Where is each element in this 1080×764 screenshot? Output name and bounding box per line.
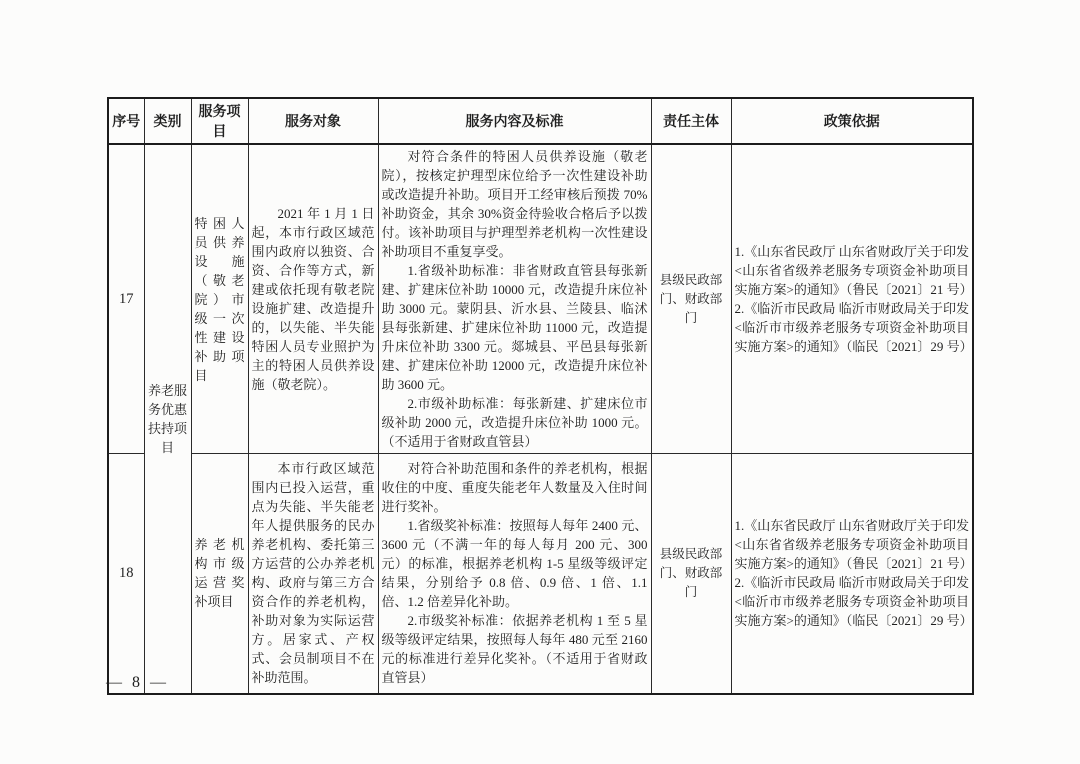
row17-content-paragraph: 2.市级补助标准：每张新建、扩建床位市级补助 2000 元，改造提升床位补助 1… <box>382 394 648 451</box>
row17-target: 2021 年 1 月 1 日起，本市行政区域范围内政府以独资、合资、合作等方式，… <box>248 144 378 454</box>
header-project: 服务项目 <box>191 98 248 144</box>
row18-content: 对符合补助范围和条件的养老机构，根据收住的中度、重度失能老年人数量及入住时间进行… <box>378 454 651 694</box>
row18-content-paragraph: 2.市级奖补标准：依据养老机构 1 至 5 星级等级评定结果，按照每人每年 48… <box>382 611 648 687</box>
row18-policy: 1.《山东省民政厅 山东省财政厅关于印发<山东省省级养老服务专项资金补助项目实施… <box>731 454 973 694</box>
row17-content-paragraph: 1.省级补助标准：非省财政直管县每张新建、扩建床位补助 10000 元，改造提升… <box>382 261 648 394</box>
row17-responsible: 县级民政部门、财政部门 <box>651 144 731 454</box>
row18-target-text: 本市行政区域范围内已投入运营，重点为失能、半失能老年人提供服务的民办养老机构、委… <box>252 459 375 687</box>
row17-seq: 17 <box>108 144 144 454</box>
row18-responsible: 县级民政部门、财政部门 <box>651 454 731 694</box>
row17-policy: 1.《山东省民政厅 山东省财政厅关于印发<山东省省级养老服务专项资金补助项目实施… <box>731 144 973 454</box>
row17-target-text: 2021 年 1 月 1 日起，本市行政区域范围内政府以独资、合资、合作等方式，… <box>252 204 375 394</box>
policy-table: 序号 类别 服务项目 服务对象 服务内容及标准 责任主体 政策依据 17 养老服… <box>107 97 974 695</box>
row17-content-paragraph: 对符合条件的特困人员供养设施（敬老院），按核定护理型床位给予一次性建设补助或改造… <box>382 147 648 261</box>
header-seq: 序号 <box>108 98 144 144</box>
header-target: 服务对象 <box>248 98 378 144</box>
row18-content-paragraph: 对符合补助范围和条件的养老机构，根据收住的中度、重度失能老年人数量及入住时间进行… <box>382 459 648 516</box>
table-row: 17 养老服务优惠扶持项目 特困人员供养设施（敬老院）市级一次性建设补助项目 2… <box>108 144 973 454</box>
row17-content: 对符合条件的特困人员供养设施（敬老院），按核定护理型床位给予一次性建设补助或改造… <box>378 144 651 454</box>
row17-policy-item: 1.《山东省民政厅 山东省财政厅关于印发<山东省省级养老服务专项资金补助项目实施… <box>735 242 970 299</box>
row17-project: 特困人员供养设施（敬老院）市级一次性建设补助项目 <box>191 144 248 454</box>
row18-content-paragraph: 1.省级奖补标准：按照每人每年 2400 元、3600 元（不满一年的每人每月 … <box>382 516 648 611</box>
row18-target: 本市行政区域范围内已投入运营，重点为失能、半失能老年人提供服务的民办养老机构、委… <box>248 454 378 694</box>
row18-policy-item: 1.《山东省民政厅 山东省财政厅关于印发<山东省省级养老服务专项资金补助项目实施… <box>735 516 970 573</box>
row18-seq: 18 <box>108 454 144 694</box>
category-merged-cell: 养老服务优惠扶持项目 <box>144 144 191 694</box>
header-responsible: 责任主体 <box>651 98 731 144</box>
header-category: 类别 <box>144 98 191 144</box>
row18-policy-item: 2.《临沂市民政局 临沂市财政局关于印发<临沂市市级养老服务专项资金补助项目实施… <box>735 573 970 630</box>
header-policy: 政策依据 <box>731 98 973 144</box>
table-row: 18 养老机构市级运营奖补项目 本市行政区域范围内已投入运营，重点为失能、半失能… <box>108 454 973 694</box>
row18-project: 养老机构市级运营奖补项目 <box>191 454 248 694</box>
page-number: — 8 — <box>106 674 169 692</box>
table-header-row: 序号 类别 服务项目 服务对象 服务内容及标准 责任主体 政策依据 <box>108 98 973 144</box>
row17-policy-item: 2.《临沂市民政局 临沂市财政局关于印发<临沂市市级养老服务专项资金补助项目实施… <box>735 299 970 356</box>
header-content: 服务内容及标准 <box>378 98 651 144</box>
document-page: 序号 类别 服务项目 服务对象 服务内容及标准 责任主体 政策依据 17 养老服… <box>0 0 1080 764</box>
